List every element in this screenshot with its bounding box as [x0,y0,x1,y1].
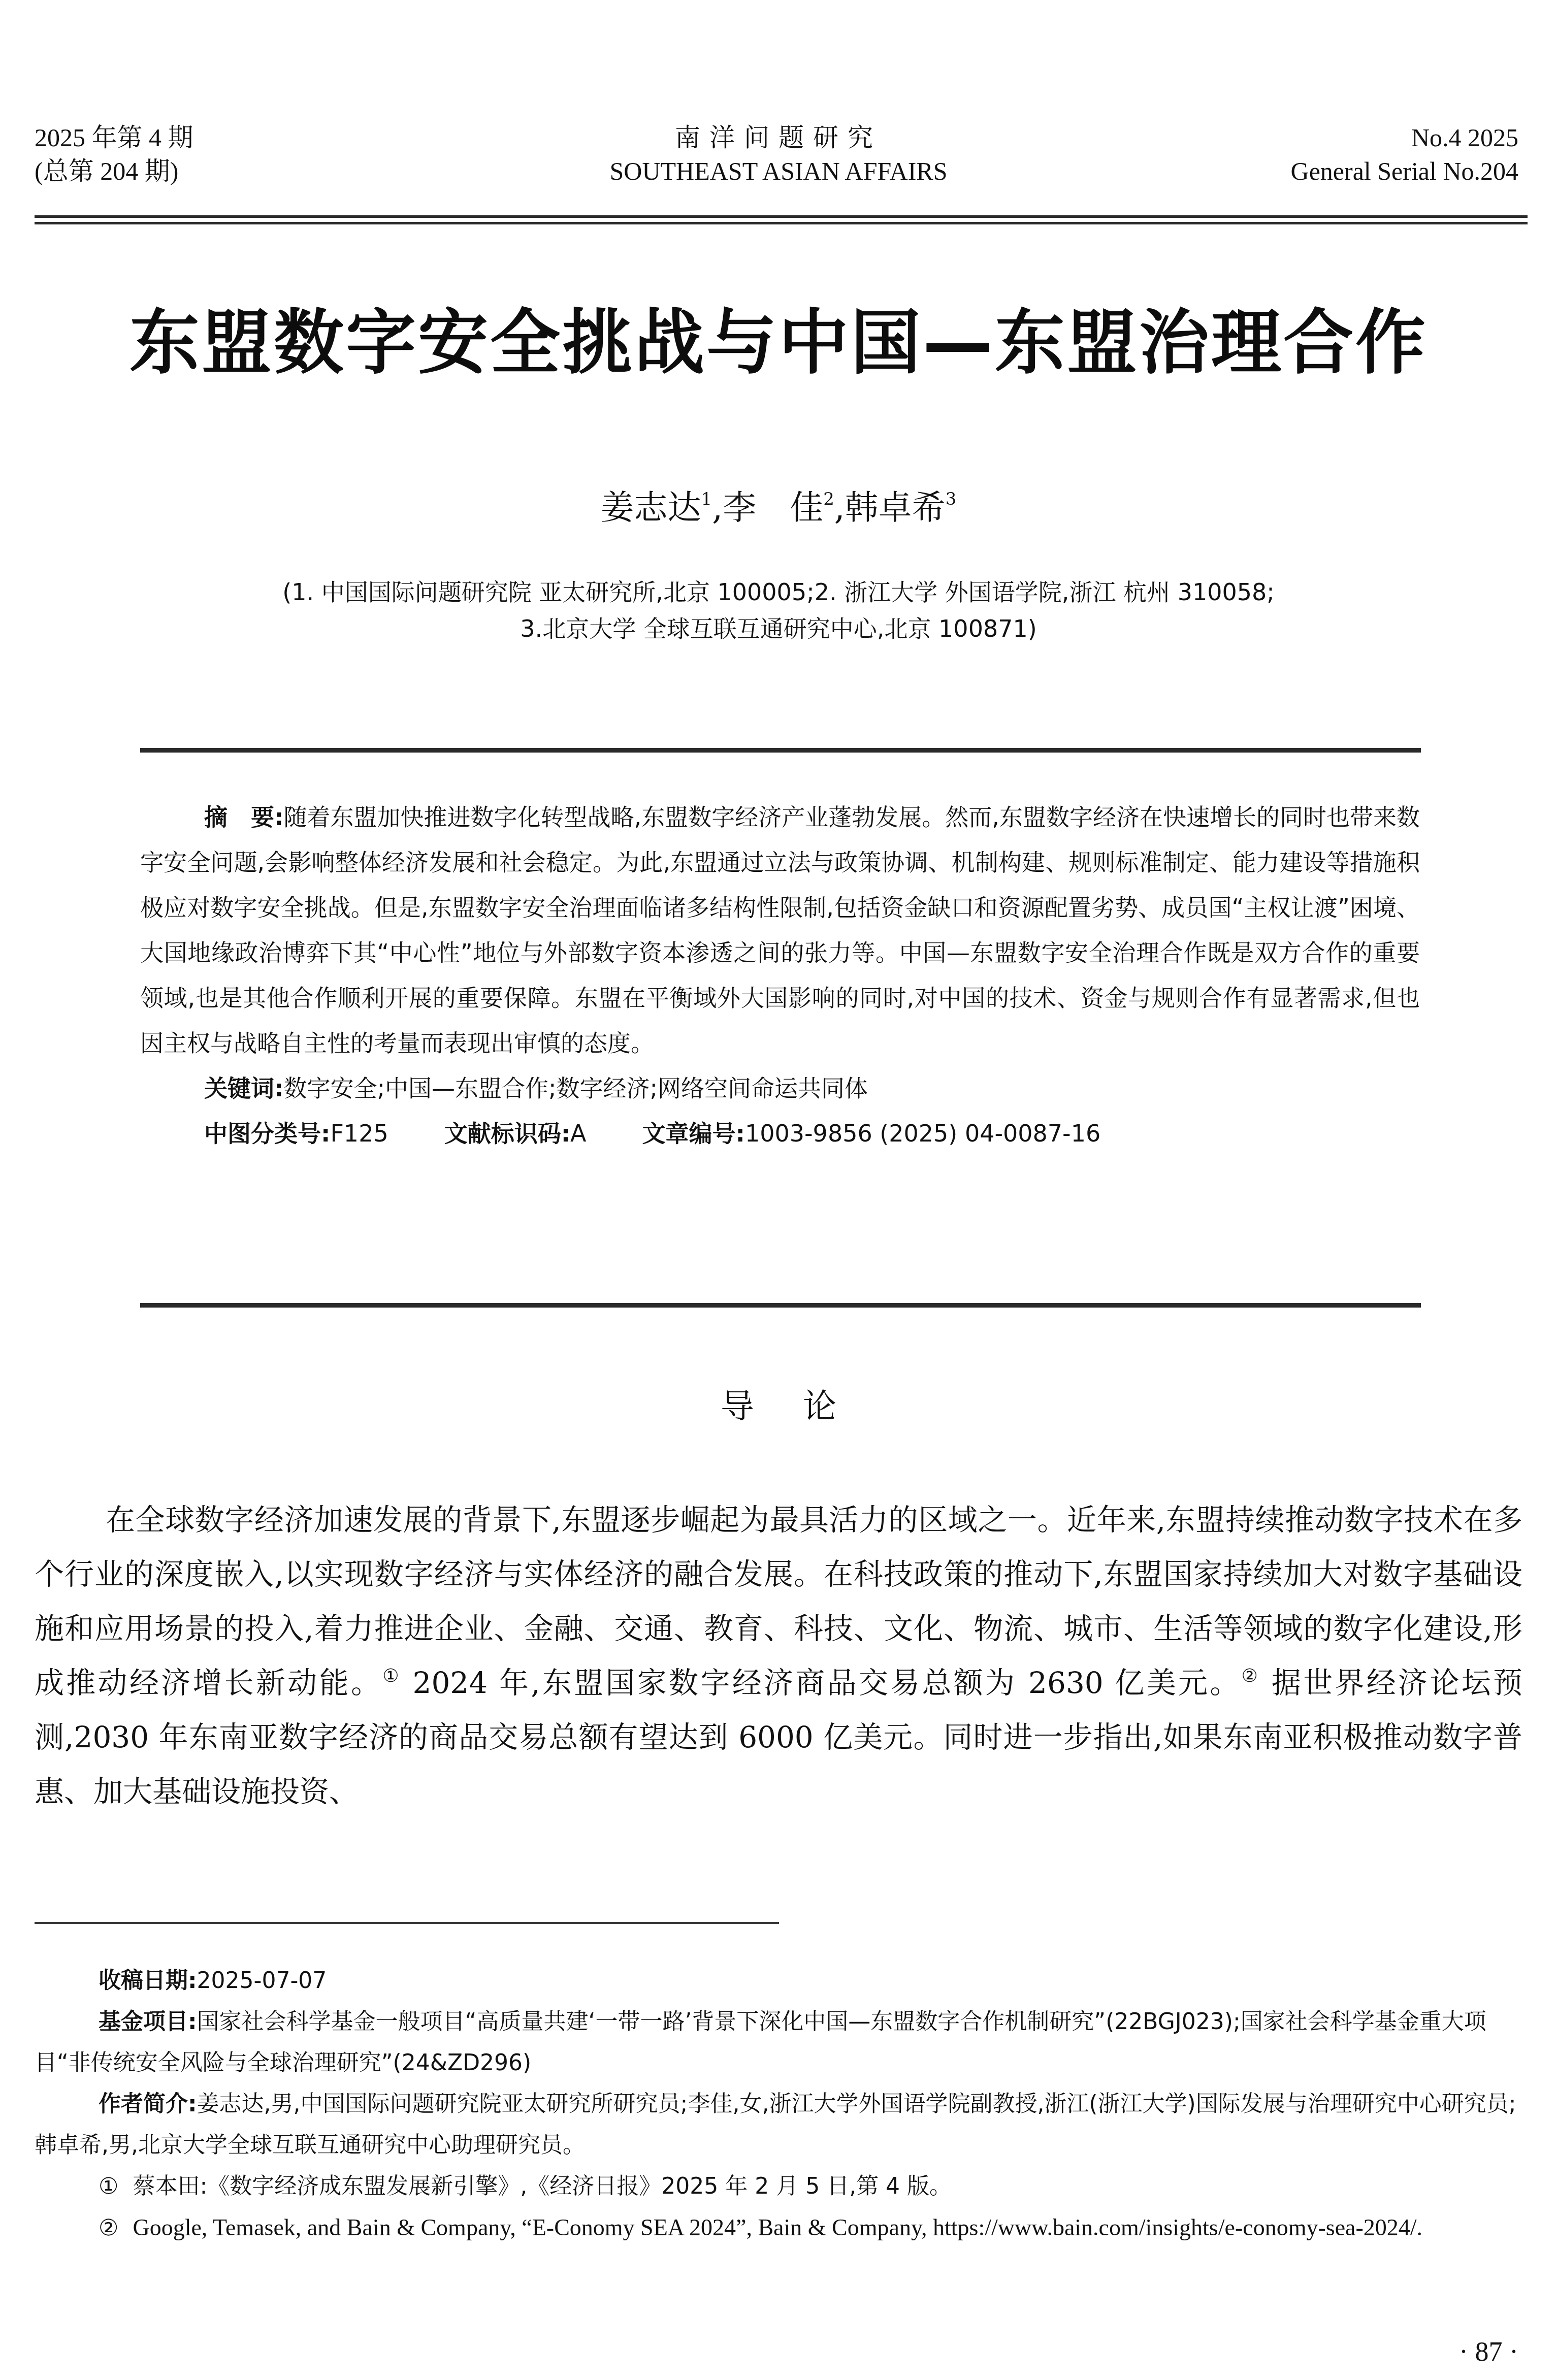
doc-code-label: 文献标识码: [444,1120,570,1147]
author-separator: , [834,488,845,527]
clc-label: 中图分类号: [204,1120,330,1147]
author-affiliation-marker: 2 [823,489,834,509]
header-rule-bottom [35,222,1528,224]
affiliation-line: (1. 中国国际问题研究院 亚太研究所,北京 100005;2. 浙江大学 外国… [0,574,1557,610]
article-number-label: 文章编号: [642,1120,745,1147]
footnote-ref-1[interactable]: ① [382,1666,401,1686]
author-name: 姜志达 [601,488,701,527]
fund-value: 国家社会科学基金一般项目“高质量共建‘一带一路’背景下深化中国—东盟数字合作机制… [35,2009,1486,2076]
abstract-rule-top [140,748,1421,753]
keywords-label: 关键词: [204,1074,283,1102]
footnote-text[interactable]: Google, Temasek, and Bain & Company, “E-… [133,2214,1422,2240]
doc-code-value: A [570,1120,586,1147]
footnotes: 收稿日期:2025-07-07 基金项目:国家社会科学基金一般项目“高质量共建‘… [35,1960,1522,2248]
header-rule-top [35,215,1528,218]
body-text: 在全球数字经济加速发展的背景下,东盟逐步崛起为最具活力的区域之一。近年来,东盟持… [35,1493,1522,1819]
keywords-value: 数字安全;中国—东盟合作;数字经济;网络空间命运共同体 [283,1074,868,1102]
issue-number-en: No.4 2025 [1291,121,1518,154]
abstract-text: 随着东盟加快推进数字化转型战略,东盟数字经济产业蓬勃发展。然而,东盟数字经济在快… [140,803,1420,1057]
serial-number-en: General Serial No.204 [1291,154,1518,188]
received-value: 2025-07-07 [197,1968,327,1994]
affiliation-line: 3.北京大学 全球互联互通研究中心,北京 100871) [0,610,1557,647]
author-bio: 作者简介:姜志达,男,中国国际问题研究院亚太研究所研究员;李佳,女,浙江大学外国… [35,2083,1522,2166]
fund-label: 基金项目: [99,2009,197,2035]
article-number-value: 1003-9856 (2025) 04-0087-16 [745,1120,1100,1147]
author-name: 韩卓希 [845,488,946,527]
body-text-segment: 2024 年,东盟国家数字经济商品交易总额为 2630 亿美元。 [401,1666,1242,1700]
section-heading: 导论 [0,1384,1557,1429]
footnote-2: ② Google, Temasek, and Bain & Company, “… [35,2207,1522,2248]
classification-line: 中图分类号:F125文献标识码:A文章编号:1003-9856 (2025) 0… [140,1111,1420,1156]
author-separator: , [712,488,723,527]
received-date: 收稿日期:2025-07-07 [35,1960,1522,2001]
bio-label: 作者简介: [99,2091,197,2117]
author-affiliation-marker: 1 [701,489,712,509]
footnote-separator [35,1922,779,1924]
fund-info: 基金项目:国家社会科学基金一般项目“高质量共建‘一带一路’背景下深化中国—东盟数… [35,2001,1522,2083]
footnote-marker: ① [99,2173,118,2199]
abstract-rule-bottom [140,1303,1421,1308]
bio-value: 姜志达,男,中国国际问题研究院亚太研究所研究员;李佳,女,浙江大学外国语学院副教… [35,2091,1516,2158]
abstract-paragraph: 摘 要:随着东盟加快推进数字化转型战略,东盟数字经济产业蓬勃发展。然而,东盟数字… [140,795,1420,1066]
footnote-text: 蔡本田:《数字经济成东盟发展新引擎》,《经济日报》2025 年 2 月 5 日,… [133,2173,952,2199]
clc-value: F125 [330,1120,388,1147]
article-title: 东盟数字安全挑战与中国—东盟治理合作 [0,302,1557,383]
author-name: 李 佳 [723,488,823,527]
author-list: 姜志达1,李 佳2,韩卓希3 [0,485,1557,531]
footnote-ref-2[interactable]: ② [1242,1666,1260,1686]
page-number: · 87 · [1459,2336,1518,2367]
abstract-block: 摘 要:随着东盟加快推进数字化转型战略,东盟数字经济产业蓬勃发展。然而,东盟数字… [140,795,1420,1156]
received-label: 收稿日期: [99,1968,197,1994]
footnote-1: ① 蔡本田:《数字经济成东盟发展新引擎》,《经济日报》2025 年 2 月 5 … [35,2166,1522,2207]
footnote-marker: ② [99,2215,118,2241]
abstract-label: 摘 要: [204,803,283,831]
keywords-line: 关键词:数字安全;中国—东盟合作;数字经济;网络空间命运共同体 [140,1066,1420,1111]
affiliations: (1. 中国国际问题研究院 亚太研究所,北京 100005;2. 浙江大学 外国… [0,574,1557,647]
header-issue-en: No.4 2025 General Serial No.204 [1291,121,1518,188]
body-paragraph: 在全球数字经济加速发展的背景下,东盟逐步崛起为最具活力的区域之一。近年来,东盟持… [35,1493,1522,1819]
author-affiliation-marker: 3 [946,489,957,509]
